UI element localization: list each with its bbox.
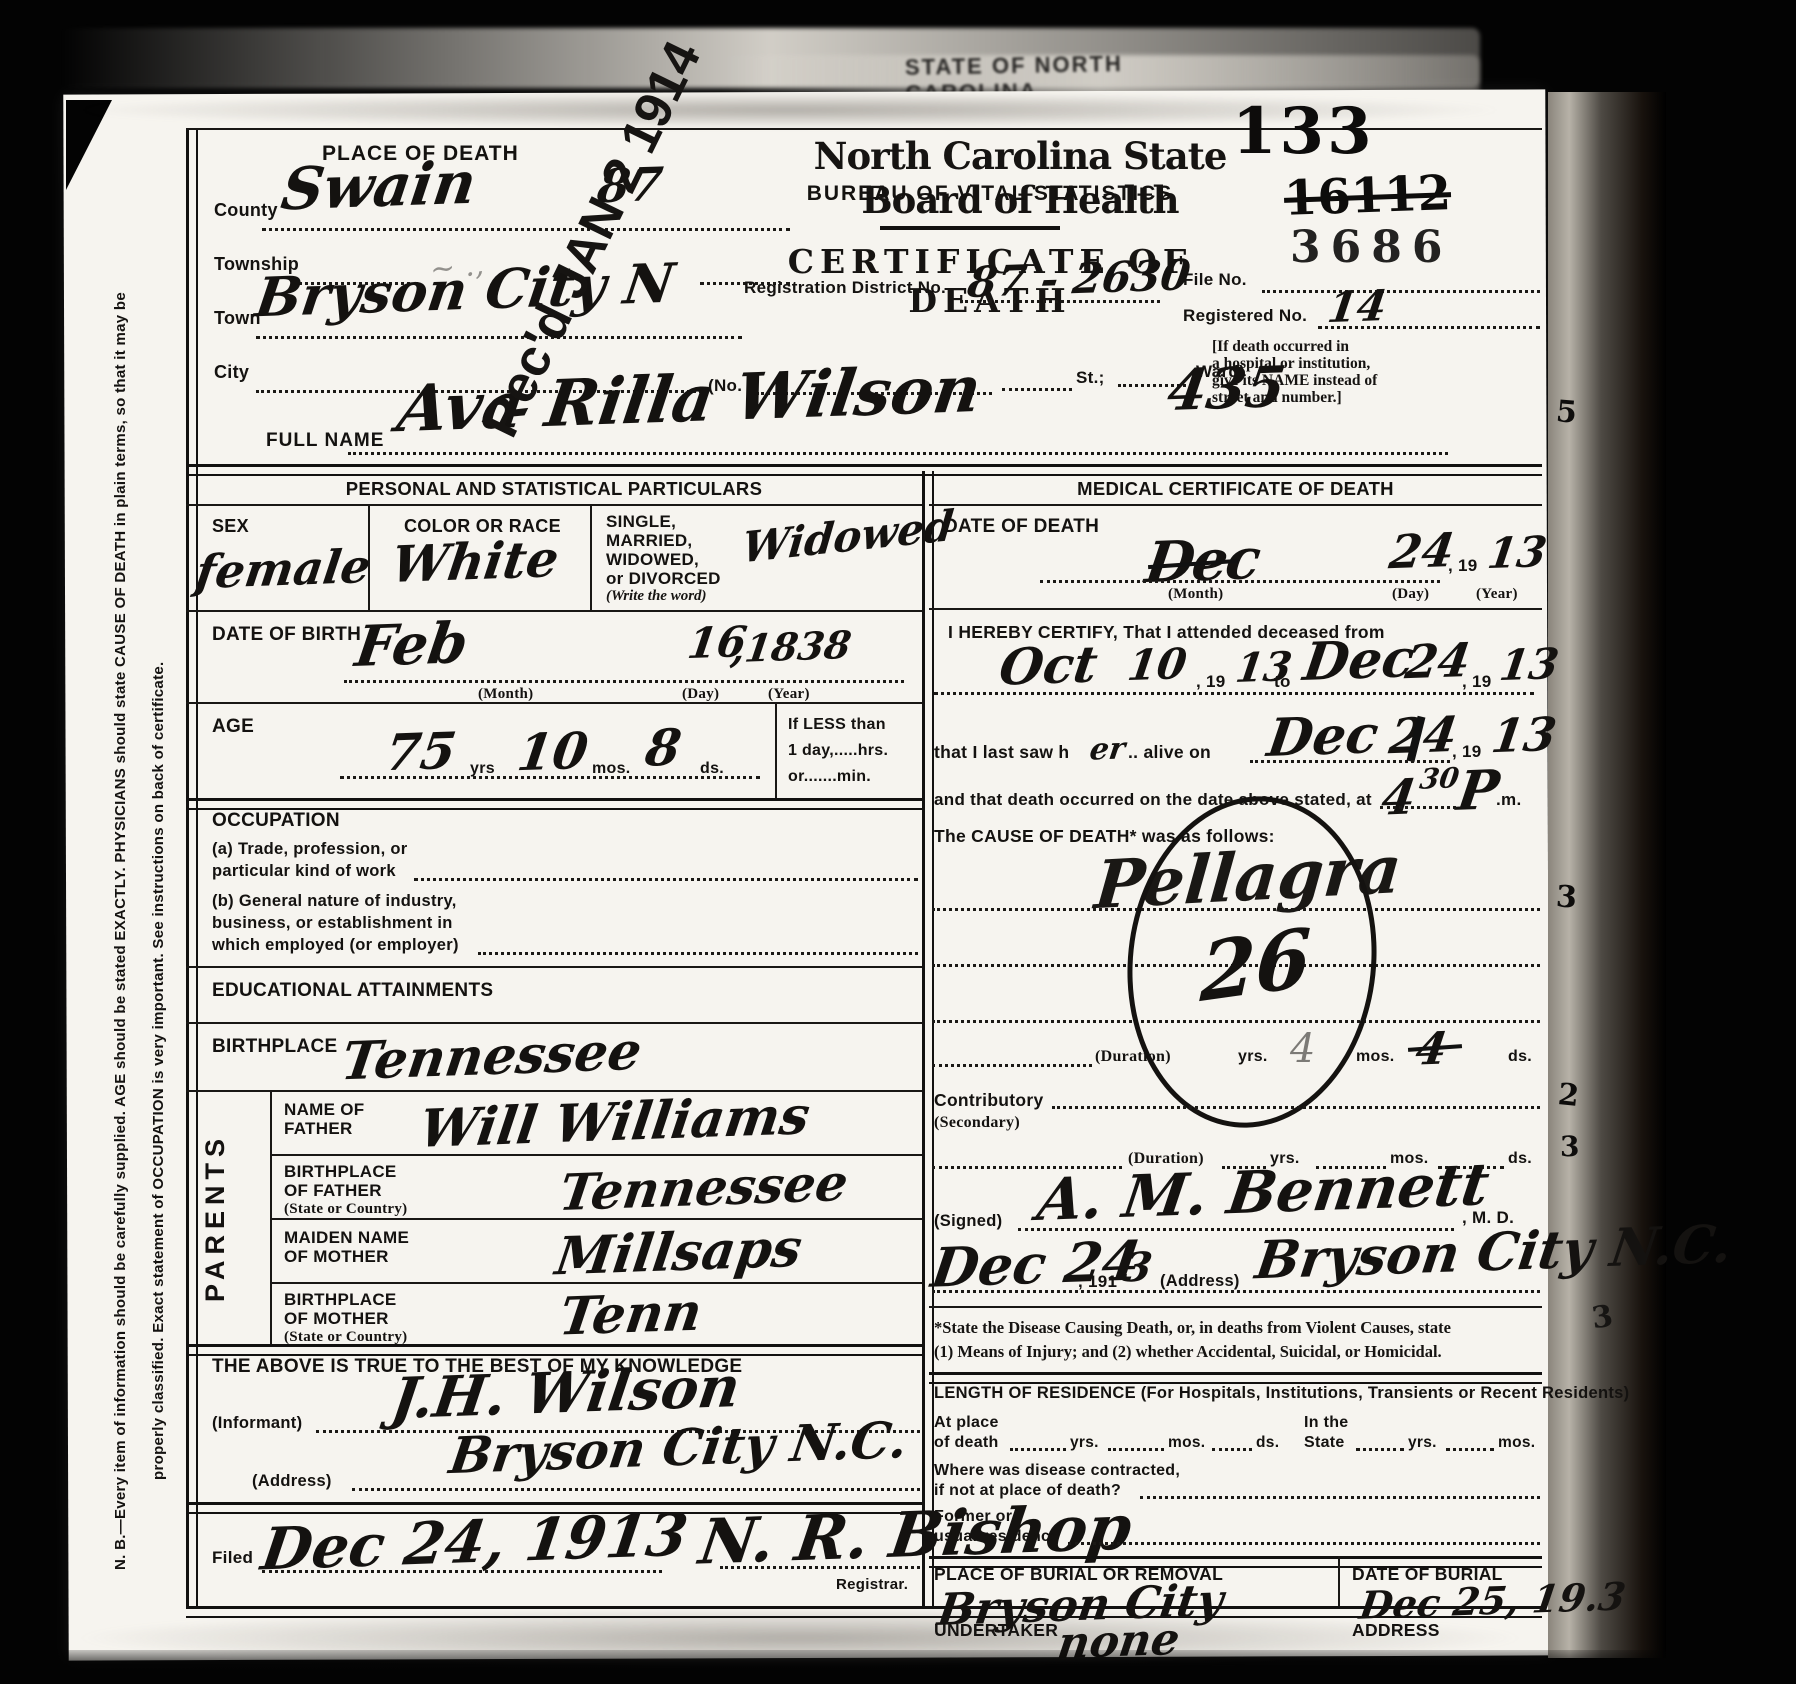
- last-saw-suffix: .. alive on: [1128, 742, 1211, 763]
- father-bp-label-line: (State or Country): [284, 1200, 407, 1219]
- rule: [186, 966, 922, 968]
- file-no-line: [1262, 290, 1540, 293]
- res-mos-1: mos.: [1168, 1434, 1205, 1452]
- occupation-b-line3: which employed (or employer): [212, 936, 459, 955]
- former-label2: usual residence: [934, 1528, 1059, 1546]
- mother-name-label-line: OF MOTHER: [284, 1247, 409, 1266]
- father-name-label: NAME OF FATHER: [284, 1100, 364, 1138]
- marital-label: SINGLE, MARRIED, WIDOWED, or DIVORCED: [606, 512, 721, 588]
- signed-date-line: [932, 1290, 1540, 1293]
- page-fold-edge: [1548, 92, 1666, 1658]
- registration-district-line: [960, 300, 1160, 303]
- mother-name-label-line: MAIDEN NAME: [284, 1228, 409, 1247]
- former-line: [1068, 1542, 1540, 1545]
- father-name-label-line: FATHER: [284, 1119, 364, 1138]
- cell-divider: [590, 504, 592, 610]
- occupation-b-line1: (b) General nature of industry,: [212, 892, 457, 911]
- attend-to-year: 13: [1497, 639, 1562, 690]
- informant-address-label: (Address): [252, 1472, 332, 1491]
- cell-divider: [775, 702, 777, 798]
- county-value: Swain: [277, 148, 480, 223]
- former-label1: Former or: [934, 1508, 1012, 1526]
- attend-from-day: 10: [1125, 639, 1190, 690]
- footnote-line2: (1) Means of Injury; and (2) whether Acc…: [934, 1340, 1540, 1364]
- page-number-stamp: 133: [1232, 94, 1375, 169]
- marital-label-line: SINGLE,: [606, 512, 721, 531]
- attend-to-year-prefix: , 19: [1462, 672, 1492, 692]
- mother-birthplace-label: BIRTHPLACE OF MOTHER (State or Country): [284, 1290, 407, 1347]
- occupation-b-line2: business, or establishment in: [212, 914, 453, 933]
- father-birthplace-label: BIRTHPLACE OF FATHER (State or Country): [284, 1162, 407, 1219]
- informant-address-line: [352, 1488, 920, 1491]
- marital-label-line: MARRIED,: [606, 531, 721, 550]
- margin-note-line2: properly classified. Exact statement of …: [150, 160, 167, 1480]
- father-bp-label-line: OF FATHER: [284, 1181, 407, 1200]
- bottom-shadow: [0, 1650, 1796, 1684]
- town-line: [256, 336, 742, 339]
- dod-line: [1040, 580, 1440, 583]
- mother-birthplace-value: Tenn: [556, 1281, 706, 1347]
- marital-note: (Write the word): [606, 588, 707, 605]
- date-of-death-label: DATE OF DEATH: [944, 516, 1099, 538]
- dob-day-caption: (Day): [682, 686, 719, 703]
- sex-value: female: [192, 539, 374, 599]
- burial-address-label: ADDRESS: [1352, 1620, 1440, 1641]
- burial-divider: [1338, 1556, 1340, 1606]
- rule: [929, 608, 1542, 610]
- parents-strip-label: PARENTS: [200, 1110, 231, 1324]
- rule: [186, 504, 922, 506]
- section-divider: [186, 464, 1542, 476]
- mother-bp-label-line: BIRTHPLACE: [284, 1290, 407, 1309]
- rule: [186, 610, 922, 612]
- res-ds-1: ds.: [1256, 1434, 1279, 1452]
- mother-bp-label-line: OF MOTHER: [284, 1309, 407, 1328]
- occupation-a-line: [414, 878, 918, 881]
- registration-district-value: 87 - 2630: [965, 250, 1194, 307]
- father-bp-label-line: BIRTHPLACE: [284, 1162, 407, 1181]
- sex-label: SEX: [212, 516, 249, 537]
- res-line-b: [1108, 1448, 1164, 1451]
- cause-code-value: 26: [1199, 910, 1313, 1021]
- last-saw-line: [1250, 760, 1450, 763]
- duration-ds-label: ds.: [1508, 1048, 1532, 1066]
- dob-line: [344, 680, 904, 683]
- rule: [929, 1372, 1542, 1384]
- res-line-d: [1356, 1448, 1404, 1451]
- bureau-subtitle: BUREAU OF VITAL STATISTICS: [760, 182, 1220, 206]
- full-name-line: [348, 452, 1448, 455]
- full-name-number: 435: [1163, 354, 1289, 424]
- dod-day-caption: (Day): [1392, 586, 1429, 603]
- file-no-label: File No.: [1183, 270, 1247, 290]
- age-less-line: 1 day,.....hrs.: [788, 738, 888, 764]
- cause-footnote: *State the Disease Causing Death, or, in…: [934, 1316, 1540, 1364]
- attend-line: [934, 692, 1534, 695]
- attend-from-month: Oct: [996, 634, 1101, 697]
- dob-year-caption: (Year): [768, 686, 810, 703]
- mother-name-label: MAIDEN NAME OF MOTHER: [284, 1228, 409, 1266]
- last-saw-day: 24: [1386, 707, 1461, 766]
- board-title: North Carolina State Board of Health: [760, 134, 1280, 222]
- occupation-a-line2: particular kind of work: [212, 862, 396, 881]
- attend-from-year-prefix: , 19: [1196, 672, 1226, 692]
- marital-label-line: or DIVORCED: [606, 569, 721, 588]
- age-line: [340, 776, 760, 779]
- dod-month-caption: (Month): [1168, 586, 1223, 603]
- age-less-note: If LESS than 1 day,.....hrs. or.......mi…: [788, 712, 888, 790]
- age-label: AGE: [212, 716, 254, 738]
- informant-label: (Informant): [212, 1414, 302, 1433]
- city-label: City: [214, 362, 249, 383]
- occupation-b-line: [478, 952, 918, 955]
- fold-fragment: 3: [1555, 879, 1578, 915]
- rule: [270, 1282, 922, 1284]
- dob-label: DATE OF BIRTH: [212, 624, 361, 646]
- rule: [186, 1344, 922, 1356]
- old-file-number: 16112: [1283, 165, 1452, 227]
- registrar-line: [720, 1566, 920, 1569]
- death-time-suffix: .m.: [1496, 790, 1521, 810]
- registered-no-value: 14: [1325, 281, 1390, 332]
- burial-date-year-prefix: , 19: [1503, 1575, 1589, 1623]
- death-time-minutes: 30: [1418, 761, 1462, 796]
- registrar-label: Registrar.: [836, 1576, 908, 1593]
- margin-note-line1: N. B.—Every item of information should b…: [112, 150, 129, 1570]
- column-divider: [922, 471, 934, 1606]
- dob-month-value: Feb: [351, 610, 472, 680]
- footnote-line1: *State the Disease Causing Death, or, in…: [934, 1316, 1540, 1340]
- signed-label: (Signed): [934, 1212, 1002, 1231]
- duration-mos-label: mos.: [1356, 1048, 1395, 1066]
- in-state-label2: State: [1304, 1434, 1345, 1452]
- filed-line: [262, 1570, 662, 1573]
- at-place-label2: of death: [934, 1434, 999, 1452]
- occupation-label: OCCUPATION: [212, 810, 340, 832]
- father-birthplace-value: Tennessee: [556, 1153, 852, 1222]
- age-years-value: 75: [382, 721, 460, 783]
- education-label: EDUCATIONAL ATTAINMENTS: [212, 980, 493, 1002]
- signed-address-label: (Address): [1160, 1272, 1240, 1291]
- attend-to-month: Dec: [1300, 628, 1418, 693]
- county-label: County: [214, 200, 278, 221]
- filed-label: Filed: [212, 1548, 253, 1568]
- dob-month-caption: (Month): [478, 686, 533, 703]
- residence-title: LENGTH OF RESIDENCE (For Hospitals, Inst…: [934, 1384, 1629, 1403]
- city-st-line: [1002, 388, 1072, 391]
- death-time-line: [1380, 806, 1456, 809]
- father-name-label-line: NAME OF: [284, 1100, 364, 1119]
- attend-to-label: to: [1274, 672, 1291, 692]
- age-months-value: 10: [514, 721, 592, 783]
- res-line-a: [1010, 1448, 1066, 1451]
- parents-strip-divider: [270, 1090, 272, 1344]
- last-saw-prefix: that I last saw h: [934, 742, 1069, 763]
- scanned-death-certificate: STATE OF NORTH CAROLINA 5 3 2 3 3 N. B.—…: [0, 0, 1796, 1684]
- res-line-e: [1446, 1448, 1494, 1451]
- secondary-label: (Secondary): [934, 1114, 1020, 1132]
- rule: [270, 1218, 922, 1220]
- birthplace-value: Tennessee: [338, 1021, 646, 1093]
- at-place-label1: At place: [934, 1414, 999, 1432]
- institution-note-line: [If death occurred in: [1212, 338, 1438, 355]
- contributory-line: [1052, 1106, 1540, 1109]
- fold-fragment: 5: [1555, 394, 1579, 431]
- occupation-a-line1: (a) Trade, profession, or: [212, 840, 407, 859]
- contributory-label: Contributory: [934, 1090, 1044, 1111]
- death-time-text: and that death occurred on the date abov…: [934, 790, 1372, 810]
- duration-line-a: [932, 1064, 1092, 1067]
- in-state-label1: In the: [1304, 1414, 1348, 1432]
- undertaker-label: UNDERTAKER: [934, 1620, 1058, 1641]
- res-yrs-1: yrs.: [1070, 1434, 1099, 1452]
- registered-no-line: [1318, 326, 1540, 329]
- dod-year-value: 13: [1485, 527, 1550, 578]
- age-less-line: If LESS than: [788, 712, 888, 738]
- county-line: [262, 228, 790, 231]
- header-rule: [880, 226, 1060, 230]
- last-saw-her: er: [1088, 731, 1128, 767]
- registration-district-label: Registration District No.: [744, 278, 946, 298]
- res-yrs-2: yrs.: [1408, 1434, 1437, 1452]
- res-mos-2: mos.: [1498, 1434, 1535, 1452]
- duration-yrs-value: 4: [1290, 1026, 1315, 1072]
- rule: [186, 798, 922, 810]
- race-value: White: [388, 529, 563, 594]
- file-number-stamp: 3686: [1290, 222, 1452, 273]
- mother-name-value: Millsaps: [552, 1218, 806, 1288]
- birthplace-label: BIRTHPLACE: [212, 1036, 337, 1058]
- fold-fragment: 3: [1560, 1130, 1579, 1163]
- duration-label: (Duration): [1095, 1048, 1171, 1066]
- duration-yrs-label: yrs.: [1238, 1048, 1268, 1066]
- form-bottom-border: [186, 1606, 1542, 1618]
- rule: [929, 504, 1542, 506]
- contracted-label2: if not at place of death?: [934, 1482, 1121, 1500]
- rule: [929, 1306, 1542, 1308]
- burial-date-year: .3: [1582, 1573, 1628, 1620]
- fold-fragment: 2: [1556, 1077, 1580, 1114]
- duration2-ds-label: ds.: [1508, 1150, 1532, 1168]
- contracted-line: [1140, 1496, 1540, 1499]
- registered-no-label: Registered No.: [1183, 306, 1307, 326]
- rule: [186, 702, 922, 704]
- last-saw-year: 13: [1488, 707, 1560, 764]
- state-top-stamp: STATE OF NORTH CAROLINA: [905, 49, 1236, 89]
- full-name-label: FULL NAME: [266, 430, 384, 452]
- signed-date-year-prefix: , 191: [1078, 1272, 1117, 1292]
- age-less-line: or.......min.: [788, 764, 888, 790]
- dod-year-prefix: , 19: [1448, 556, 1478, 576]
- form-left-border: [186, 128, 198, 1606]
- medical-section-title: MEDICAL CERTIFICATE OF DEATH: [929, 478, 1542, 500]
- personal-section-title: PERSONAL AND STATISTICAL PARTICULARS: [186, 478, 922, 500]
- contracted-label1: Where was disease contracted,: [934, 1462, 1180, 1480]
- city-st-label: St.;: [1076, 368, 1105, 388]
- dob-year-value: ,1838: [729, 622, 854, 671]
- marital-label-line: WIDOWED,: [606, 550, 721, 569]
- res-line-c: [1212, 1448, 1252, 1451]
- dod-year-caption: (Year): [1476, 586, 1518, 603]
